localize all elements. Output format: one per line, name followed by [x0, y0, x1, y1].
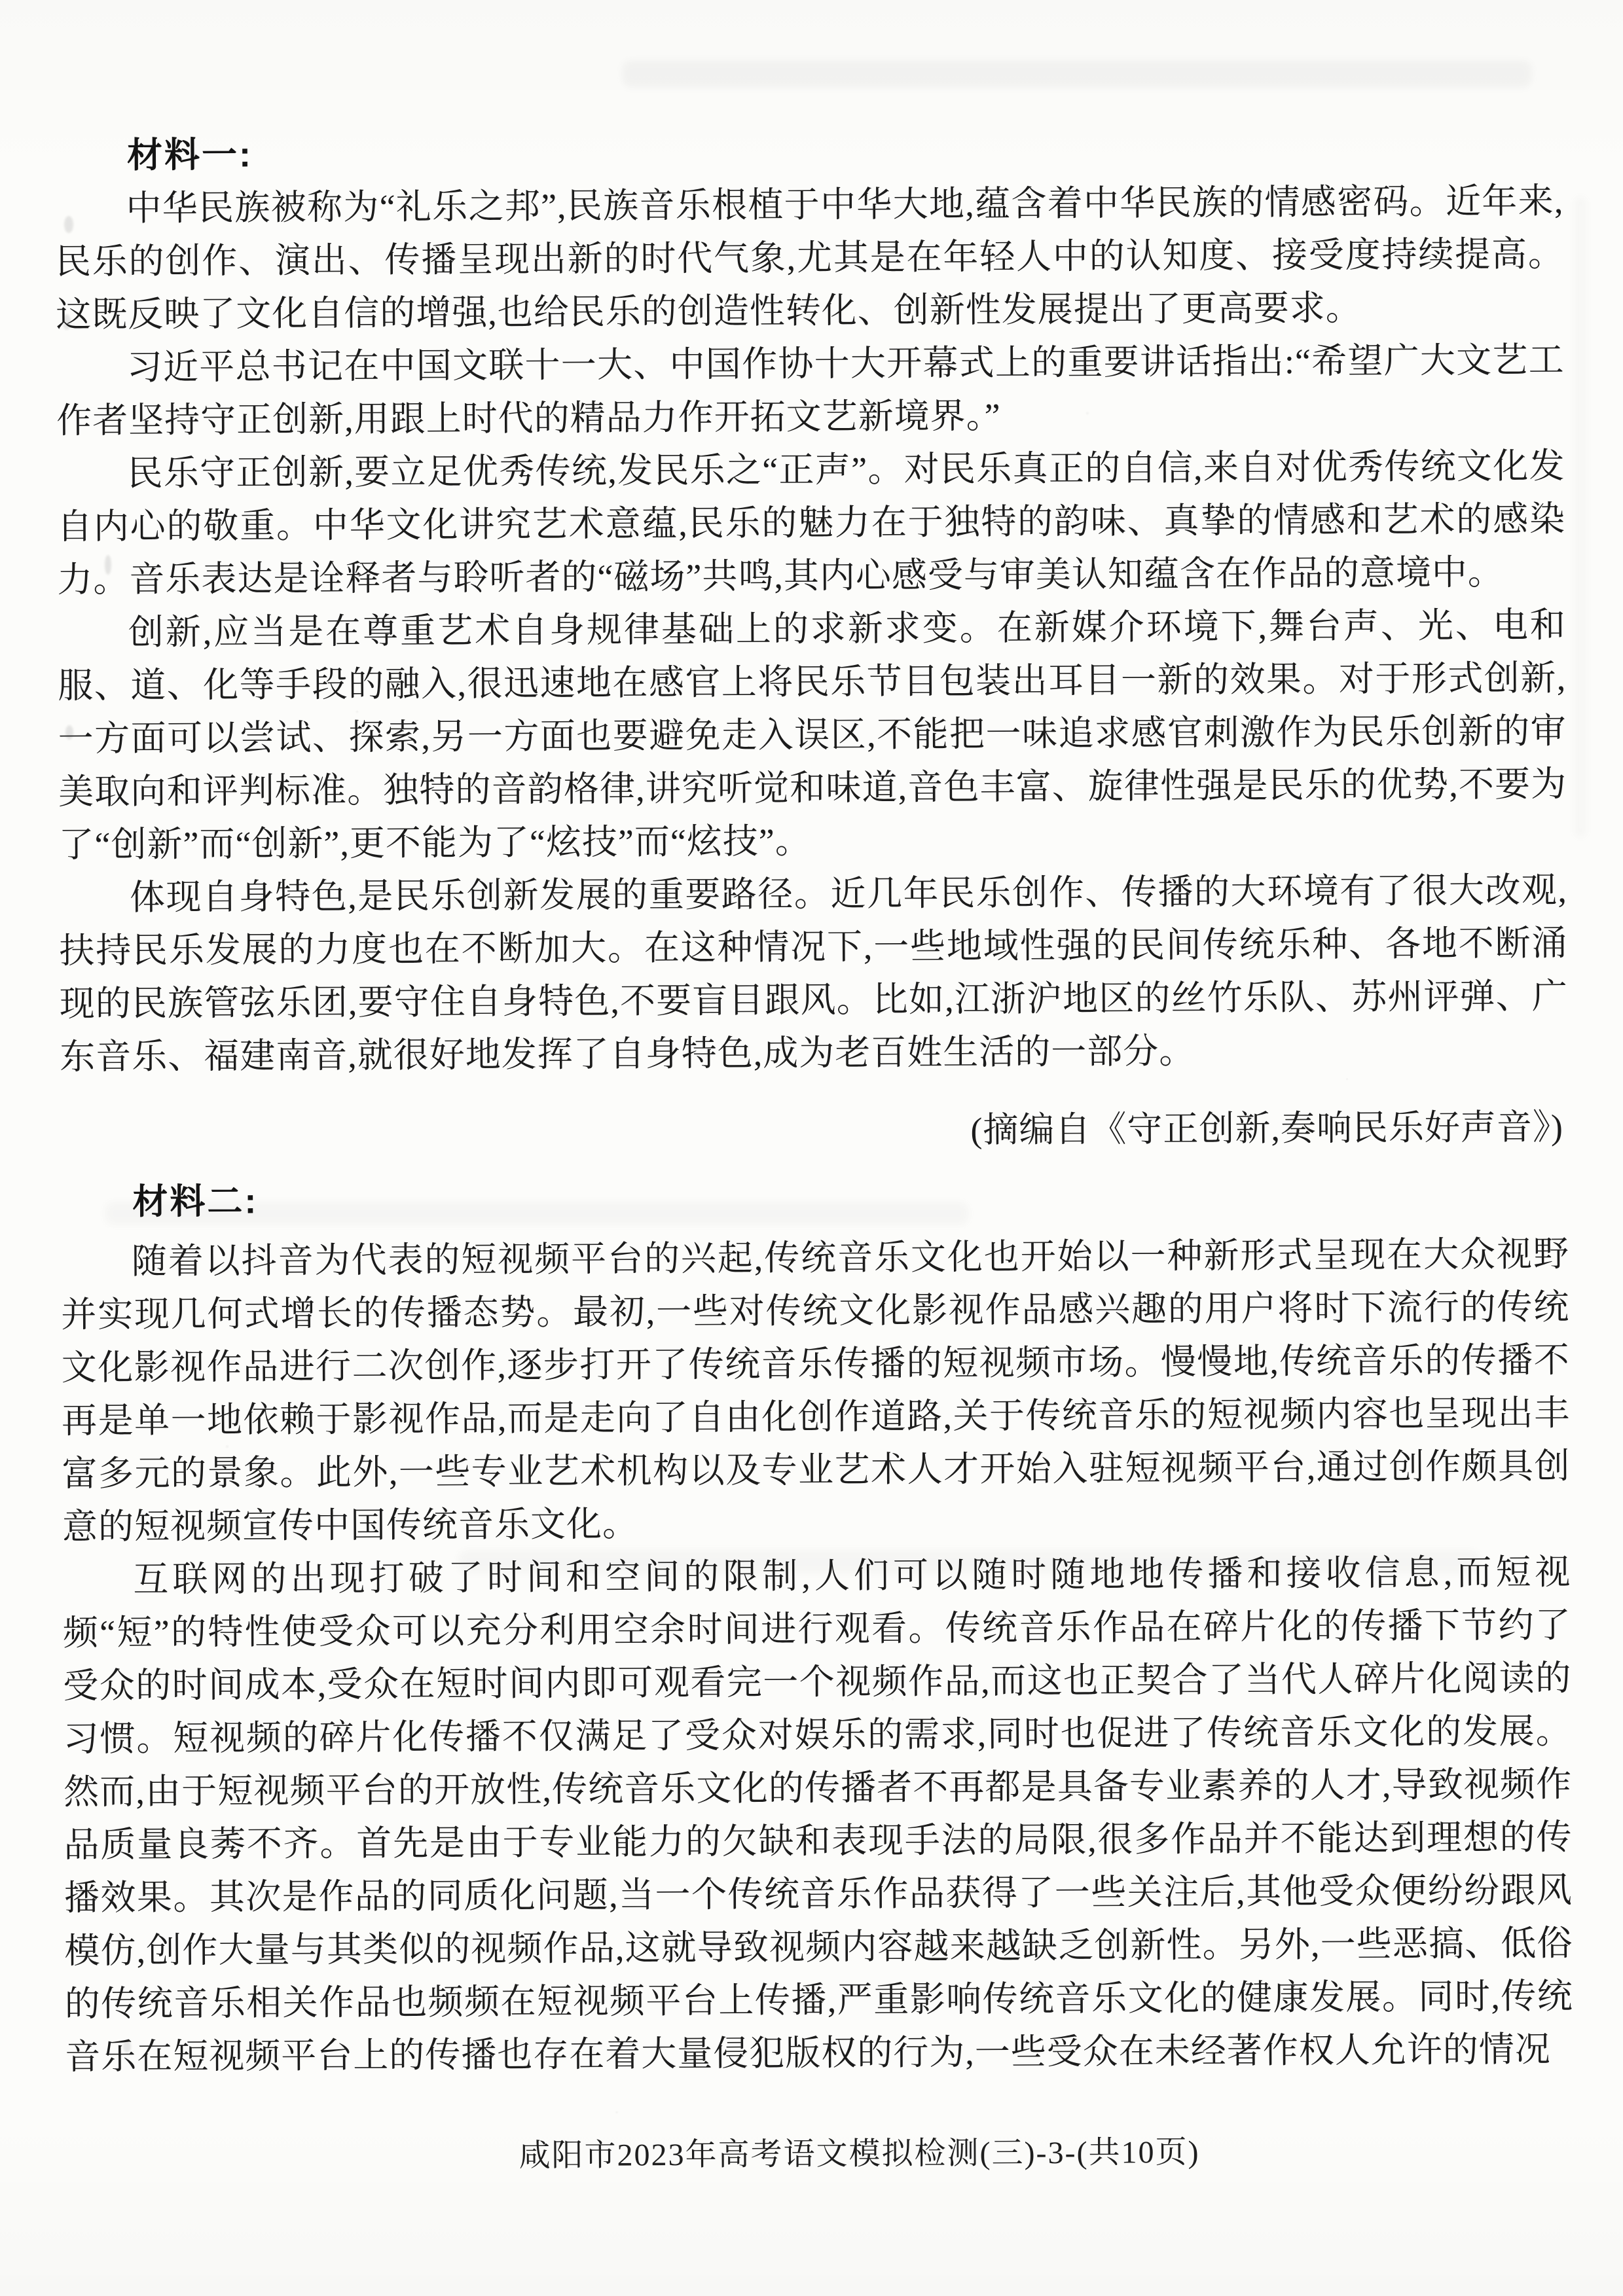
material-one-paragraph-4: 创新,应当是在尊重艺术自身规律基础上的求新求变。在新媒介环境下,舞台声、光、电和… [58, 599, 1567, 872]
material-one-paragraph-3: 民乐守正创新,要立足优秀传统,发民乐之“正声”。对民乐真正的自信,来自对优秀传统… [56, 440, 1565, 607]
material-one-paragraph-2: 习近平总书记在中国文联十一大、中国作协十大开幕式上的重要讲话指出:“希望广大文艺… [56, 334, 1565, 448]
page-footer: 咸阳市2023年高考语文模拟检测(三)-3-(共10页) [5, 2124, 1623, 2178]
scan-tilt-layer: 材料一: 中华民族被称为“礼乐之邦”,民族音乐根植于中华大地,蕴含着中华民族的情… [0, 0, 1623, 2296]
material-one-paragraph-5: 体现自身特色,是民乐创新发展的重要路径。近几年民乐创作、传播的大环境有了很大改观… [59, 864, 1569, 1084]
material-one-paragraph-1: 中华民族被称为“礼乐之邦”,民族音乐根植于中华大地,蕴含着中华民族的情感密码。近… [55, 175, 1564, 342]
material-two-paragraph-2: 互联网的出现打破了时间和空间的限制,人们可以随时随地地传播和接收信息,而短视频“… [62, 1546, 1573, 2084]
material-one-attribution: (摘编自《守正创新,奏响民乐好声音》) [60, 1101, 1569, 1162]
material-one-heading: 材料一: [55, 122, 1563, 183]
material-two-paragraph-1: 随着以抖音为代表的短视频平台的兴起,传统音乐文化也开始以一种新形式呈现在大众视野… [61, 1228, 1571, 1554]
scanned-exam-page: 材料一: 中华民族被称为“礼乐之邦”,民族音乐根植于中华大地,蕴含着中华民族的情… [0, 0, 1623, 2296]
page-content: 材料一: 中华民族被称为“礼乐之邦”,民族音乐根植于中华大地,蕴含着中华民族的情… [55, 122, 1574, 2084]
material-two-heading: 材料二: [60, 1168, 1569, 1229]
